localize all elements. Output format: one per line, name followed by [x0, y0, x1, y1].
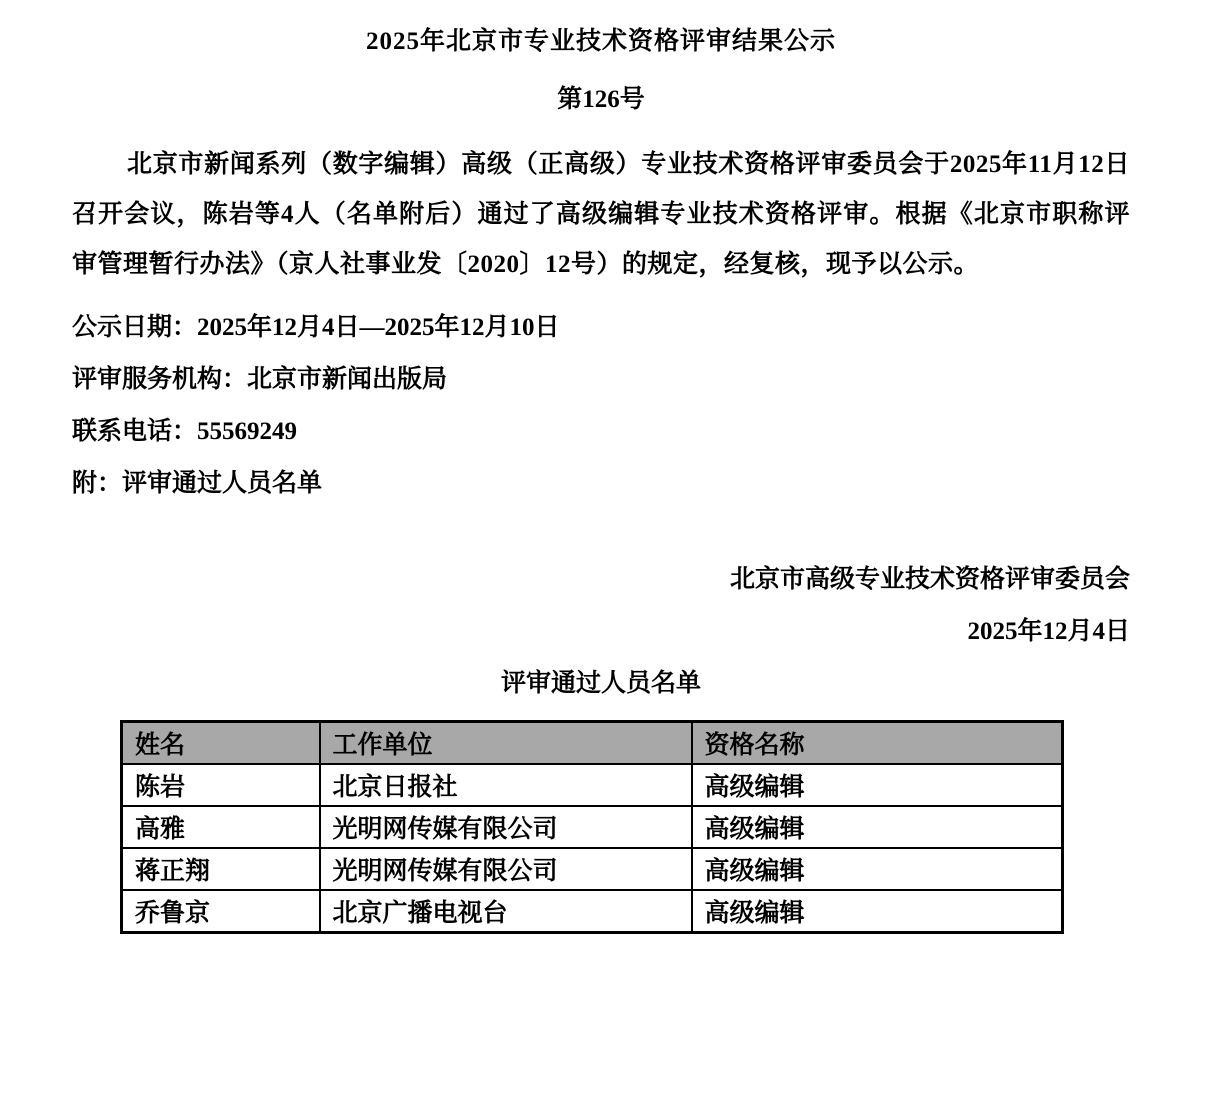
header-cell-qualification: 资格名称	[692, 722, 1063, 765]
info-lines: 公示日期：2025年12月4日—2025年12月10日 评审服务机构：北京市新闻…	[72, 302, 1130, 510]
cell-work-unit: 北京广播电视台	[320, 890, 692, 933]
info-line-contact-phone: 联系电话：55569249	[72, 406, 1130, 458]
table-row: 乔鲁京 北京广播电视台 高级编辑	[122, 890, 1063, 933]
info-line-review-agency: 评审服务机构：北京市新闻出版局	[72, 354, 1130, 406]
cell-name: 蒋正翔	[122, 848, 320, 890]
signature-committee: 北京市高级专业技术资格评审委员会	[72, 554, 1130, 606]
doc-number: 第126号	[72, 74, 1130, 126]
header-cell-name: 姓名	[122, 722, 320, 765]
cell-name: 陈岩	[122, 764, 320, 806]
cell-work-unit: 光明网传媒有限公司	[320, 848, 692, 890]
cell-qualification: 高级编辑	[692, 890, 1063, 933]
info-line-publicity-date: 公示日期：2025年12月4日—2025年12月10日	[72, 302, 1130, 354]
cell-qualification: 高级编辑	[692, 848, 1063, 890]
table-row: 蒋正翔 光明网传媒有限公司 高级编辑	[122, 848, 1063, 890]
cell-qualification: 高级编辑	[692, 806, 1063, 848]
cell-work-unit: 北京日报社	[320, 764, 692, 806]
cell-name: 高雅	[122, 806, 320, 848]
table-header-row: 姓名 工作单位 资格名称	[122, 722, 1063, 765]
table-title: 评审通过人员名单	[72, 658, 1130, 710]
info-line-attachment: 附：评审通过人员名单	[72, 458, 1130, 510]
header-cell-work-unit: 工作单位	[320, 722, 692, 765]
signature-date: 2025年12月4日	[72, 606, 1130, 658]
body-paragraph: 北京市新闻系列（数字编辑）高级（正高级）专业技术资格评审委员会于2025年11月…	[72, 140, 1130, 290]
table-row: 高雅 光明网传媒有限公司 高级编辑	[122, 806, 1063, 848]
cell-qualification: 高级编辑	[692, 764, 1063, 806]
table-row: 陈岩 北京日报社 高级编辑	[122, 764, 1063, 806]
cell-work-unit: 光明网传媒有限公司	[320, 806, 692, 848]
results-table: 姓名 工作单位 资格名称 陈岩 北京日报社 高级编辑 高雅 光明网传媒有限公司 …	[120, 720, 1064, 934]
document-page: 2025年北京市专业技术资格评审结果公示 第126号 北京市新闻系列（数字编辑）…	[0, 0, 1224, 1098]
cell-name: 乔鲁京	[122, 890, 320, 933]
page-title: 2025年北京市专业技术资格评审结果公示	[72, 16, 1130, 68]
signature-block: 北京市高级专业技术资格评审委员会 2025年12月4日	[72, 554, 1130, 658]
